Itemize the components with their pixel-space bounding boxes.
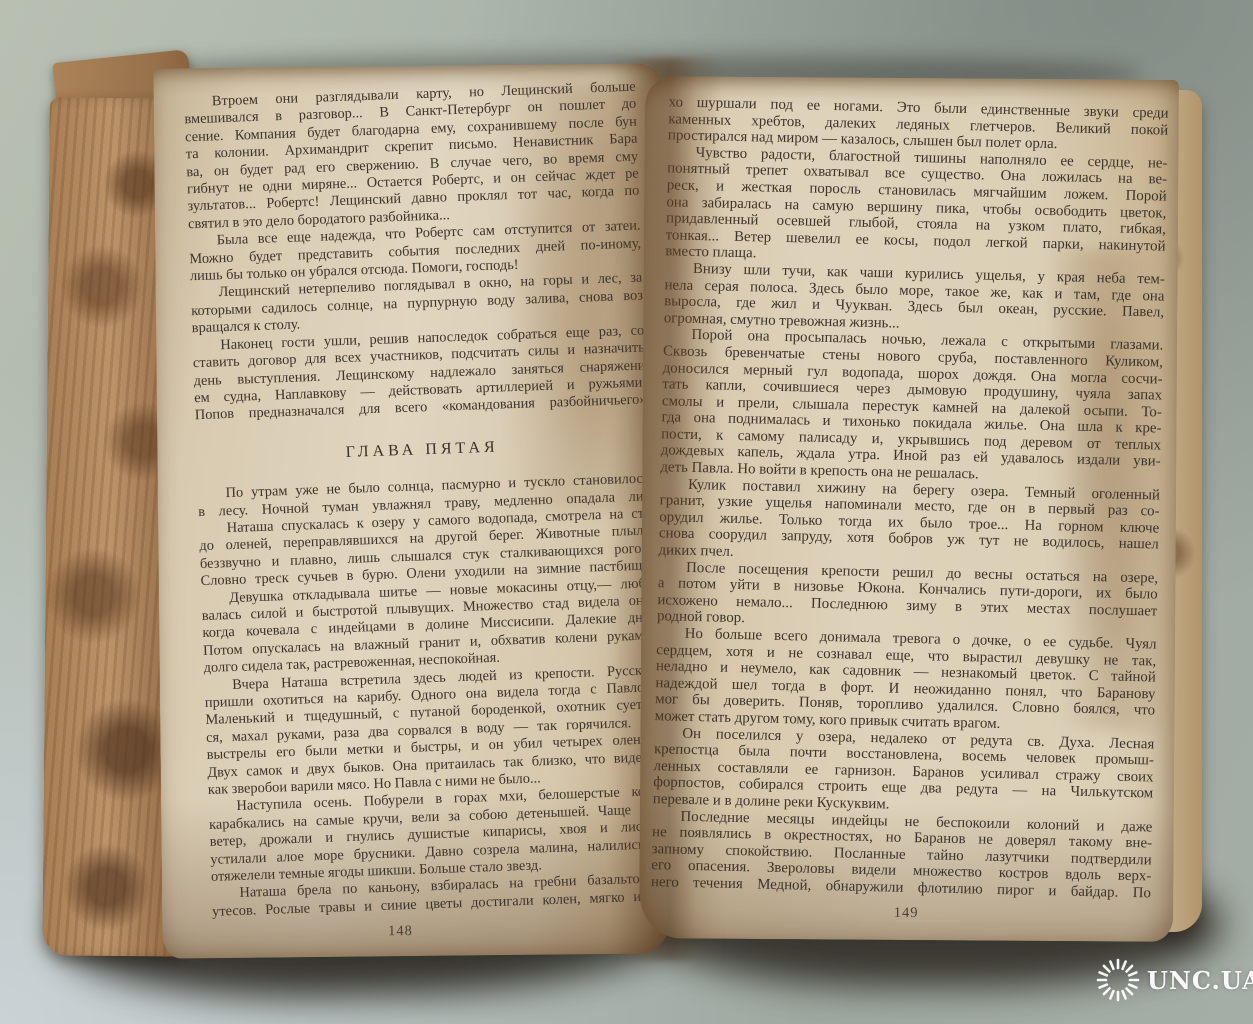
page-number-right: 149 (639, 903, 1173, 924)
right-page-lines: хо шуршали под ее ногами. Это были единс… (651, 94, 1169, 902)
watermark-text: UNC.UA (1147, 966, 1253, 995)
page-number-left: 148 (162, 920, 674, 942)
unc-watermark: UNC.UA (1094, 956, 1253, 1004)
right-page-text: хо шуршали под ее ногами. Это были единс… (651, 94, 1169, 902)
book-photo: Втроем они разглядывали карту, но Лещинс… (0, 0, 1253, 1024)
chapter-heading: ГЛАВА ПЯТАЯ (196, 433, 648, 466)
sunburst-icon (1094, 956, 1142, 1004)
left-page-text: Втроем они разглядывали карту, но Лещинс… (184, 79, 665, 922)
right-page: хо шуршали под ее ногами. Это были единс… (639, 76, 1179, 942)
left-page: Втроем они разглядывали карту, но Лещинс… (153, 63, 674, 958)
left-page-lower-lines: По утрам уже не было солнца, пасмурно и … (197, 471, 664, 922)
left-page-upper-lines: Втроем они разглядывали карту, но Лещинс… (184, 79, 647, 425)
